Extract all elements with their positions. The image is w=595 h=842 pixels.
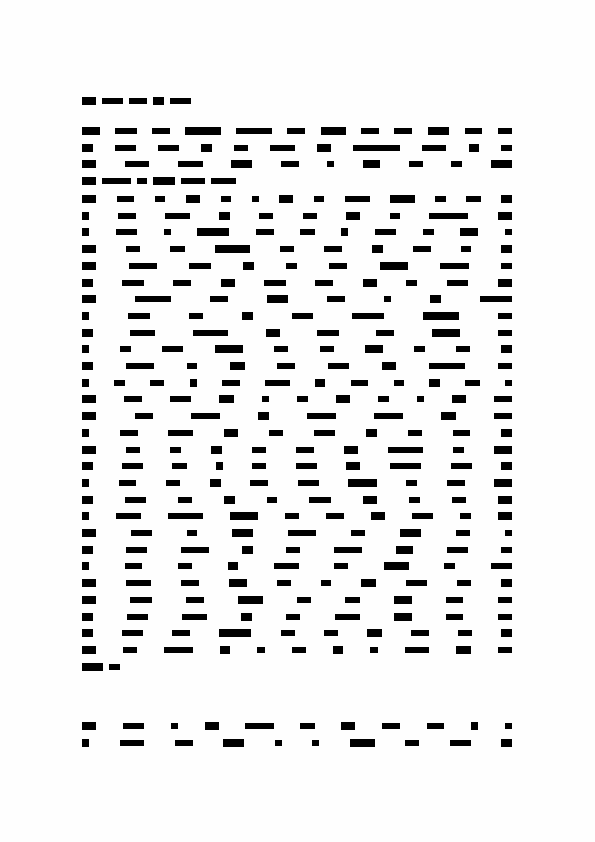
greeked-word <box>346 462 360 470</box>
greeked-word <box>269 430 283 436</box>
greeked-word <box>303 213 317 219</box>
greeked-word <box>82 529 96 537</box>
greeked-word <box>326 513 344 519</box>
greeked-word <box>390 463 422 469</box>
greeked-word <box>345 196 370 202</box>
greeked-word <box>125 563 143 569</box>
greeked-word <box>501 547 512 553</box>
greeked-word <box>120 740 145 746</box>
greeked-word <box>82 177 96 185</box>
greeked-word <box>396 546 414 554</box>
greeked-word <box>501 263 512 269</box>
greeked-word <box>124 396 142 402</box>
greeked-word <box>189 313 203 319</box>
greeked-word <box>501 145 512 151</box>
greeked-word <box>346 212 360 220</box>
paragraph-2-line <box>82 362 512 370</box>
paragraph-2-line <box>82 228 512 236</box>
paragraph-2-line <box>82 212 512 220</box>
greeked-word <box>365 345 383 353</box>
greeked-word <box>465 128 483 134</box>
greeked-word <box>505 380 512 386</box>
greeked-word <box>122 630 143 636</box>
greeked-word <box>384 562 409 570</box>
greeked-word <box>285 513 299 519</box>
greeked-word <box>238 596 263 604</box>
greeked-word <box>413 246 431 252</box>
greeked-word <box>126 246 140 252</box>
greeked-word <box>211 178 236 184</box>
greeked-word <box>320 346 334 352</box>
greeked-word <box>153 97 164 105</box>
greeked-word <box>491 563 512 569</box>
paragraph-2-line <box>82 395 512 403</box>
greeked-word <box>328 363 349 369</box>
greeked-word <box>296 463 317 469</box>
greeked-word <box>498 128 512 134</box>
greeked-word <box>300 229 314 235</box>
greeked-word <box>82 629 93 637</box>
greeked-word <box>494 396 512 402</box>
greeked-word <box>82 412 96 420</box>
greeked-word <box>394 380 405 386</box>
greeked-word <box>277 580 291 586</box>
greeked-word <box>215 345 243 353</box>
greeked-word <box>181 580 199 586</box>
greeked-word <box>197 228 229 236</box>
greeked-word <box>82 144 93 152</box>
greeked-word <box>120 430 138 436</box>
greeked-word <box>173 280 191 286</box>
greeked-word <box>417 396 424 402</box>
greeked-word <box>219 212 230 220</box>
greeked-word <box>411 630 429 636</box>
greeked-word <box>324 630 338 636</box>
paragraph-2-line <box>82 279 512 287</box>
paragraph-2-text: [illegible paragraph 2] <box>0 0 1 1</box>
greeked-word <box>243 262 254 270</box>
greeked-word <box>344 446 358 454</box>
greeked-word <box>82 345 89 353</box>
paragraph-1-line <box>82 177 236 185</box>
greeked-word <box>286 547 300 553</box>
greeked-word <box>126 447 140 453</box>
greeked-word <box>501 739 512 747</box>
greeked-word <box>341 228 348 236</box>
greeked-word <box>82 228 89 236</box>
greeked-word <box>123 647 137 653</box>
greeked-word <box>126 363 154 369</box>
greeked-word <box>300 723 314 729</box>
greeked-word <box>270 145 295 151</box>
greeked-word <box>82 279 93 287</box>
paragraph-2-line <box>82 412 512 420</box>
greeked-word <box>317 330 338 336</box>
greeked-word <box>394 596 412 604</box>
greeked-word <box>324 246 342 252</box>
greeked-word <box>390 195 415 203</box>
greeked-word <box>82 160 96 168</box>
greeked-word <box>234 145 248 151</box>
document-title: [illegible title] <box>0 0 1 1</box>
greeked-word <box>329 263 347 269</box>
greeked-word <box>498 496 512 504</box>
greeked-word <box>460 228 478 236</box>
greeked-word <box>241 613 252 621</box>
greeked-word <box>166 480 180 486</box>
paragraph-2-line <box>82 345 512 353</box>
greeked-word <box>297 597 311 603</box>
greeked-word <box>281 630 295 636</box>
greeked-word <box>429 379 440 387</box>
greeked-word <box>363 279 377 287</box>
greeked-word <box>265 380 290 386</box>
paragraph-3-line <box>82 739 512 747</box>
greeked-word <box>82 97 96 105</box>
greeked-word <box>82 663 103 671</box>
greeked-word <box>408 430 422 436</box>
greeked-word <box>447 547 468 553</box>
greeked-word <box>181 547 209 553</box>
greeked-word <box>427 723 445 729</box>
greeked-word <box>321 580 332 586</box>
greeked-word <box>178 161 203 167</box>
greeked-word <box>178 563 192 569</box>
greeked-word <box>122 463 143 469</box>
greeked-word <box>292 647 306 653</box>
paragraph-2-line <box>82 446 512 454</box>
greeked-word <box>274 346 288 352</box>
greeked-word <box>82 446 96 454</box>
greeked-word <box>498 313 512 319</box>
greeked-word <box>205 722 219 730</box>
greeked-word <box>193 330 229 336</box>
greeked-word <box>384 296 391 302</box>
greeked-word <box>82 362 93 370</box>
greeked-word <box>430 295 441 303</box>
greeked-word <box>130 597 151 603</box>
greeked-word <box>334 563 348 569</box>
greeked-word <box>390 213 401 219</box>
greeked-word <box>221 279 235 287</box>
greeked-word <box>224 496 235 504</box>
greeked-word <box>252 463 266 469</box>
greeked-word <box>82 195 96 203</box>
greeked-word <box>228 562 239 570</box>
greeked-word <box>175 740 193 746</box>
greeked-word <box>230 362 244 370</box>
greeked-word <box>458 630 472 636</box>
greeked-word <box>388 447 424 453</box>
paragraph-2-line <box>82 596 512 604</box>
greeked-word <box>505 229 512 235</box>
greeked-word <box>292 313 313 319</box>
greeked-word <box>82 739 89 747</box>
greeked-word <box>116 513 141 519</box>
greeked-word <box>164 647 192 653</box>
greeked-word <box>172 463 186 469</box>
greeked-word <box>405 647 430 653</box>
greeked-word <box>353 145 399 151</box>
greeked-word <box>178 497 192 503</box>
greeked-word <box>409 497 420 503</box>
greeked-word <box>494 413 512 419</box>
greeked-word <box>461 246 472 252</box>
greeked-word <box>498 279 512 287</box>
greeked-word <box>412 513 433 519</box>
greeked-word <box>232 529 253 537</box>
greeked-word <box>82 329 93 337</box>
greeked-word <box>252 196 259 202</box>
greeked-word <box>102 98 123 104</box>
paragraph-3-line <box>82 722 512 730</box>
greeked-word <box>366 429 377 437</box>
greeked-word <box>498 614 512 620</box>
greeked-word <box>82 496 93 504</box>
greeked-word <box>170 447 181 453</box>
greeked-word <box>423 312 459 320</box>
greeked-word <box>327 161 334 167</box>
greeked-word <box>394 613 412 621</box>
greeked-word <box>378 396 389 402</box>
greeked-word <box>452 497 466 503</box>
greeked-word <box>452 395 466 403</box>
greeked-word <box>498 330 512 336</box>
greeked-word <box>414 346 425 352</box>
greeked-word <box>189 263 210 269</box>
paragraph-2-line <box>82 295 512 303</box>
greeked-word <box>82 262 96 270</box>
greeked-word <box>258 412 269 420</box>
greeked-word <box>125 161 150 167</box>
greeked-word <box>126 547 147 553</box>
greeked-word <box>168 430 193 436</box>
greeked-word <box>82 579 96 587</box>
greeked-word <box>453 430 471 436</box>
greeked-word <box>114 380 125 386</box>
greeked-word <box>150 380 164 386</box>
paragraph-2-line <box>82 462 512 470</box>
greeked-word <box>275 740 282 746</box>
greeked-word <box>82 312 89 320</box>
greeked-word <box>501 345 512 353</box>
greeked-word <box>267 295 288 303</box>
greeked-word <box>352 313 384 319</box>
greeked-word <box>466 196 480 202</box>
greeked-word <box>122 280 143 286</box>
greeked-word <box>422 145 447 151</box>
greeked-word <box>162 346 183 352</box>
greeked-word <box>153 177 174 185</box>
greeked-word <box>82 212 89 220</box>
greeked-word <box>429 363 465 369</box>
greeked-word <box>210 296 228 302</box>
greeked-word <box>171 723 178 729</box>
greeked-word <box>498 597 512 603</box>
greeked-word <box>127 614 148 620</box>
greeked-word <box>257 647 264 653</box>
greeked-word <box>288 530 316 536</box>
greeked-word <box>250 480 268 486</box>
paragraph-2-line <box>82 429 512 437</box>
greeked-word <box>307 413 335 419</box>
greeked-word <box>230 512 258 520</box>
greeked-word <box>351 380 369 386</box>
greeked-word <box>277 363 295 369</box>
paragraph-3-text: [illegible paragraph 3] <box>0 0 1 1</box>
paragraph-1-text: [illegible paragraph 1] <box>0 0 1 1</box>
greeked-word <box>297 396 308 402</box>
greeked-word <box>155 196 166 202</box>
greeked-word <box>406 580 427 586</box>
greeked-word <box>456 646 470 654</box>
greeked-word <box>471 722 478 730</box>
greeked-word <box>453 447 464 453</box>
paragraph-2-line <box>82 646 512 654</box>
greeked-word <box>363 496 377 504</box>
greeked-word <box>348 479 376 487</box>
greeked-word <box>494 479 512 487</box>
greeked-word <box>409 161 423 167</box>
greeked-word <box>400 529 421 537</box>
greeked-word <box>501 629 512 637</box>
greeked-word <box>264 280 285 286</box>
greeked-word <box>405 740 419 746</box>
greeked-word <box>82 596 96 604</box>
greeked-word <box>185 127 221 135</box>
greeked-word <box>501 245 512 253</box>
greeked-word <box>119 480 137 486</box>
paragraph-2-line <box>82 613 512 621</box>
greeked-word <box>321 127 346 135</box>
greeked-word <box>435 196 446 202</box>
greeked-word <box>215 245 251 253</box>
greeked-word <box>469 144 480 152</box>
paragraph-2-line <box>82 329 512 337</box>
greeked-word <box>447 280 468 286</box>
greeked-word <box>351 530 365 536</box>
greeked-word <box>428 127 449 135</box>
greeked-word <box>219 395 233 403</box>
greeked-word <box>82 429 89 437</box>
greeked-word <box>158 145 179 151</box>
greeked-word <box>82 479 89 487</box>
greeked-word <box>279 195 293 203</box>
greeked-word <box>135 296 171 302</box>
greeked-word <box>432 329 460 337</box>
greeked-word <box>491 160 512 168</box>
greeked-word <box>505 530 512 536</box>
greeked-word <box>262 396 269 402</box>
greeked-word <box>82 395 96 403</box>
greeked-word <box>380 262 408 270</box>
greeked-word <box>82 546 93 554</box>
greeked-word <box>82 245 96 253</box>
greeked-word <box>501 579 512 587</box>
paragraph-1-line <box>82 160 512 168</box>
greeked-word <box>120 346 131 352</box>
greeked-word <box>363 160 381 168</box>
greeked-word <box>125 497 146 503</box>
greeked-word <box>135 413 153 419</box>
greeked-word <box>266 329 280 337</box>
greeked-word <box>186 195 200 203</box>
greeked-word <box>170 396 191 402</box>
greeked-word <box>333 646 344 654</box>
greeked-word <box>287 128 305 134</box>
greeked-word <box>186 597 204 603</box>
greeked-word <box>115 128 136 134</box>
greeked-word <box>129 263 157 269</box>
greeked-word <box>350 739 375 747</box>
greeked-word <box>274 563 299 569</box>
greeked-word <box>440 263 468 269</box>
greeked-word <box>172 630 190 636</box>
greeked-word <box>117 196 135 202</box>
title-line <box>82 97 191 105</box>
greeked-word <box>429 213 468 219</box>
greeked-word <box>220 646 231 654</box>
paragraph-2-line <box>82 629 512 637</box>
greeked-word <box>116 229 137 235</box>
greeked-word <box>224 429 238 437</box>
greeked-word <box>456 530 470 536</box>
greeked-word <box>314 196 325 202</box>
greeked-word <box>367 629 381 637</box>
greeked-word <box>372 245 383 253</box>
greeked-word <box>406 480 417 486</box>
greeked-word <box>498 512 512 520</box>
greeked-word <box>450 740 471 746</box>
greeked-word <box>267 497 278 503</box>
greeked-word <box>382 362 396 370</box>
greeked-word <box>456 346 470 352</box>
greeked-word <box>286 614 300 620</box>
greeked-word <box>123 723 144 729</box>
greeked-word <box>361 128 379 134</box>
greeked-word <box>465 380 479 386</box>
greeked-word <box>315 280 333 286</box>
greeked-word <box>259 213 273 219</box>
greeked-word <box>501 462 512 470</box>
greeked-word <box>460 513 471 519</box>
greeked-word <box>229 579 247 587</box>
paragraph-2-line <box>82 579 512 587</box>
greeked-word <box>201 144 212 152</box>
greeked-word <box>128 313 149 319</box>
greeked-word <box>314 430 335 436</box>
greeked-word <box>441 412 455 420</box>
greeked-word <box>109 664 120 670</box>
greeked-word <box>191 413 219 419</box>
greeked-word <box>447 480 465 486</box>
greeked-word <box>451 161 462 167</box>
greeked-word <box>102 178 130 184</box>
greeked-word <box>334 547 362 553</box>
greeked-word <box>82 379 89 387</box>
greeked-word <box>501 195 512 203</box>
greeked-word <box>280 246 294 252</box>
paragraph-2-line <box>82 312 512 320</box>
greeked-word <box>327 296 345 302</box>
greeked-word <box>498 647 512 653</box>
greeked-word <box>190 379 197 387</box>
greeked-word <box>335 614 360 620</box>
greeked-word <box>406 280 417 286</box>
paragraph-2-line <box>82 479 512 487</box>
greeked-word <box>130 330 155 336</box>
greeked-word <box>281 161 299 167</box>
